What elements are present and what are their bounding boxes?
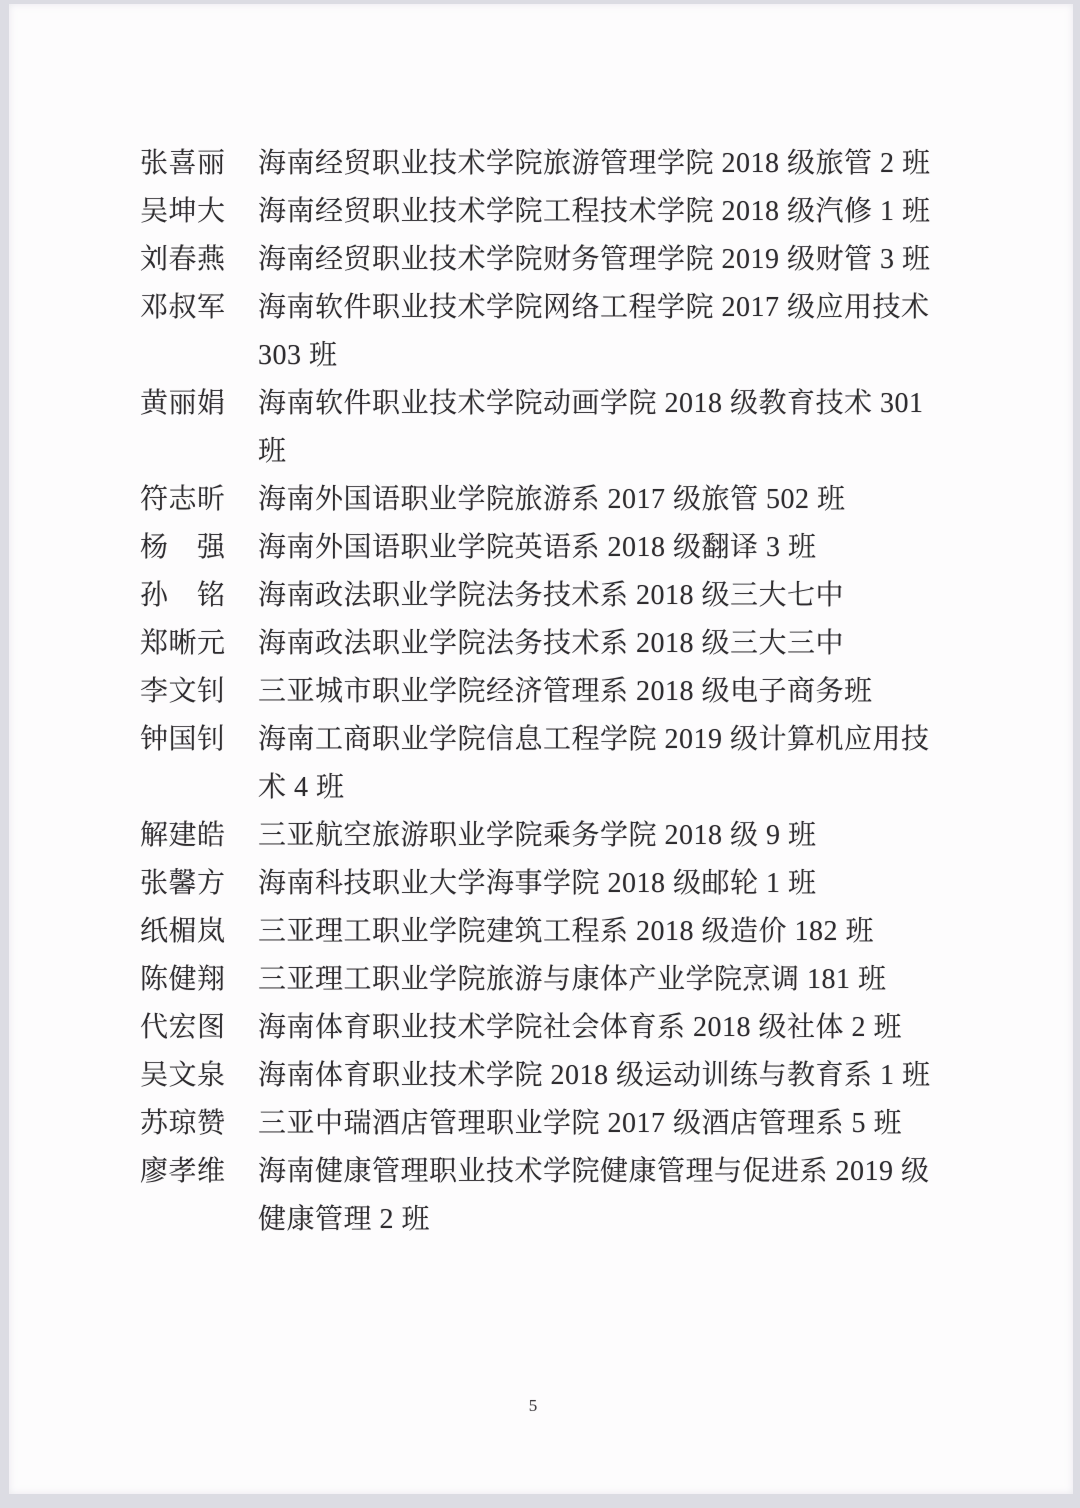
affiliation-line: 三亚中瑞酒店管理职业学院 2017 级酒店管理系 5 班 xyxy=(258,1100,902,1148)
student-affiliation: 海南经贸职业技术学院工程技术学院 2018 级汽修 1 班 xyxy=(258,188,931,236)
student-affiliation: 三亚城市职业学院经济管理系 2018 级电子商务班 xyxy=(258,668,873,716)
affiliation-line: 海南软件职业技术学院网络工程学院 2017 级应用技术 xyxy=(258,284,930,332)
student-affiliation: 海南软件职业技术学院网络工程学院 2017 级应用技术303 班 xyxy=(258,284,930,380)
affiliation-line: 三亚城市职业学院经济管理系 2018 级电子商务班 xyxy=(258,668,873,716)
document-page: 张喜丽海南经贸职业技术学院旅游管理学院 2018 级旅管 2 班吴坤大海南经贸职… xyxy=(9,4,1073,1494)
student-affiliation: 海南经贸职业技术学院财务管理学院 2019 级财管 3 班 xyxy=(258,236,931,284)
roster-row: 吴坤大海南经贸职业技术学院工程技术学院 2018 级汽修 1 班 xyxy=(140,188,1073,236)
affiliation-line: 海南经贸职业技术学院旅游管理学院 2018 级旅管 2 班 xyxy=(258,140,931,188)
roster-row: 代宏图海南体育职业技术学院社会体育系 2018 级社体 2 班 xyxy=(140,1004,1073,1052)
student-affiliation: 海南健康管理职业技术学院健康管理与促进系 2019 级健康管理 2 班 xyxy=(258,1148,930,1244)
student-name: 刘春燕 xyxy=(140,236,234,284)
affiliation-line: 三亚理工职业学院建筑工程系 2018 级造价 182 班 xyxy=(258,908,874,956)
affiliation-line: 海南经贸职业技术学院工程技术学院 2018 级汽修 1 班 xyxy=(258,188,931,236)
student-affiliation: 海南外国语职业学院旅游系 2017 级旅管 502 班 xyxy=(258,476,846,524)
student-name: 钟国钊 xyxy=(140,716,234,764)
student-name: 李文钊 xyxy=(140,668,234,716)
student-affiliation: 三亚航空旅游职业学院乘务学院 2018 级 9 班 xyxy=(258,812,817,860)
student-name: 杨 强 xyxy=(140,524,234,572)
roster-row: 邓叔军海南软件职业技术学院网络工程学院 2017 级应用技术303 班 xyxy=(140,284,1073,380)
student-affiliation: 海南政法职业学院法务技术系 2018 级三大七中 xyxy=(258,572,844,620)
student-name: 符志昕 xyxy=(140,476,234,524)
affiliation-line: 海南健康管理职业技术学院健康管理与促进系 2019 级 xyxy=(258,1148,930,1196)
student-affiliation: 海南经贸职业技术学院旅游管理学院 2018 级旅管 2 班 xyxy=(258,140,931,188)
student-affiliation: 海南政法职业学院法务技术系 2018 级三大三中 xyxy=(258,620,844,668)
student-name: 代宏图 xyxy=(140,1004,234,1052)
student-affiliation: 海南工商职业学院信息工程学院 2019 级计算机应用技术 4 班 xyxy=(258,716,930,812)
roster-row: 纸楣岚三亚理工职业学院建筑工程系 2018 级造价 182 班 xyxy=(140,908,1073,956)
affiliation-line: 海南外国语职业学院英语系 2018 级翻译 3 班 xyxy=(258,524,817,572)
student-affiliation: 海南体育职业技术学院 2018 级运动训练与教育系 1 班 xyxy=(258,1052,931,1100)
affiliation-line: 海南经贸职业技术学院财务管理学院 2019 级财管 3 班 xyxy=(258,236,931,284)
roster-row: 钟国钊海南工商职业学院信息工程学院 2019 级计算机应用技术 4 班 xyxy=(140,716,1073,812)
roster-row: 符志昕海南外国语职业学院旅游系 2017 级旅管 502 班 xyxy=(140,476,1073,524)
affiliation-line: 海南外国语职业学院旅游系 2017 级旅管 502 班 xyxy=(258,476,846,524)
affiliation-line: 海南软件职业技术学院动画学院 2018 级教育技术 301 xyxy=(258,380,924,428)
student-name: 廖孝维 xyxy=(140,1148,234,1196)
affiliation-line: 海南科技职业大学海事学院 2018 级邮轮 1 班 xyxy=(258,860,817,908)
roster-row: 解建皓三亚航空旅游职业学院乘务学院 2018 级 9 班 xyxy=(140,812,1073,860)
affiliation-line: 海南工商职业学院信息工程学院 2019 级计算机应用技 xyxy=(258,716,930,764)
roster-row: 黄丽娟海南软件职业技术学院动画学院 2018 级教育技术 301班 xyxy=(140,380,1073,476)
student-name: 吴坤大 xyxy=(140,188,234,236)
student-affiliation: 三亚理工职业学院建筑工程系 2018 级造价 182 班 xyxy=(258,908,874,956)
student-name: 苏琼赞 xyxy=(140,1100,234,1148)
page-number: 5 xyxy=(9,1396,1057,1416)
student-affiliation: 三亚中瑞酒店管理职业学院 2017 级酒店管理系 5 班 xyxy=(258,1100,902,1148)
student-name: 郑晰元 xyxy=(140,620,234,668)
student-affiliation: 海南外国语职业学院英语系 2018 级翻译 3 班 xyxy=(258,524,817,572)
roster-row: 廖孝维海南健康管理职业技术学院健康管理与促进系 2019 级健康管理 2 班 xyxy=(140,1148,1073,1244)
student-name: 纸楣岚 xyxy=(140,908,234,956)
roster-row: 张馨方海南科技职业大学海事学院 2018 级邮轮 1 班 xyxy=(140,860,1073,908)
student-name: 解建皓 xyxy=(140,812,234,860)
affiliation-line: 海南体育职业技术学院 2018 级运动训练与教育系 1 班 xyxy=(258,1052,931,1100)
roster-row: 刘春燕海南经贸职业技术学院财务管理学院 2019 级财管 3 班 xyxy=(140,236,1073,284)
roster-row: 苏琼赞三亚中瑞酒店管理职业学院 2017 级酒店管理系 5 班 xyxy=(140,1100,1073,1148)
affiliation-line: 海南政法职业学院法务技术系 2018 级三大七中 xyxy=(258,572,844,620)
affiliation-line: 班 xyxy=(258,428,924,476)
affiliation-line: 海南体育职业技术学院社会体育系 2018 级社体 2 班 xyxy=(258,1004,902,1052)
student-affiliation: 海南科技职业大学海事学院 2018 级邮轮 1 班 xyxy=(258,860,817,908)
affiliation-line: 303 班 xyxy=(258,332,930,380)
affiliation-line: 三亚航空旅游职业学院乘务学院 2018 级 9 班 xyxy=(258,812,817,860)
roster-row: 陈健翔三亚理工职业学院旅游与康体产业学院烹调 181 班 xyxy=(140,956,1073,1004)
roster-row: 李文钊三亚城市职业学院经济管理系 2018 级电子商务班 xyxy=(140,668,1073,716)
roster-row: 杨 强海南外国语职业学院英语系 2018 级翻译 3 班 xyxy=(140,524,1073,572)
student-affiliation: 三亚理工职业学院旅游与康体产业学院烹调 181 班 xyxy=(258,956,887,1004)
roster-row: 孙 铭海南政法职业学院法务技术系 2018 级三大七中 xyxy=(140,572,1073,620)
roster-row: 郑晰元海南政法职业学院法务技术系 2018 级三大三中 xyxy=(140,620,1073,668)
student-name: 张馨方 xyxy=(140,860,234,908)
student-roster: 张喜丽海南经贸职业技术学院旅游管理学院 2018 级旅管 2 班吴坤大海南经贸职… xyxy=(9,4,1073,1244)
roster-row: 张喜丽海南经贸职业技术学院旅游管理学院 2018 级旅管 2 班 xyxy=(140,140,1073,188)
student-name: 吴文泉 xyxy=(140,1052,234,1100)
student-name: 张喜丽 xyxy=(140,140,234,188)
student-name: 黄丽娟 xyxy=(140,380,234,428)
student-affiliation: 海南软件职业技术学院动画学院 2018 级教育技术 301班 xyxy=(258,380,924,476)
student-name: 邓叔军 xyxy=(140,284,234,332)
roster-row: 吴文泉海南体育职业技术学院 2018 级运动训练与教育系 1 班 xyxy=(140,1052,1073,1100)
student-name: 陈健翔 xyxy=(140,956,234,1004)
student-affiliation: 海南体育职业技术学院社会体育系 2018 级社体 2 班 xyxy=(258,1004,902,1052)
student-name: 孙 铭 xyxy=(140,572,234,620)
affiliation-line: 术 4 班 xyxy=(258,764,930,812)
affiliation-line: 健康管理 2 班 xyxy=(258,1196,930,1244)
affiliation-line: 三亚理工职业学院旅游与康体产业学院烹调 181 班 xyxy=(258,956,887,1004)
affiliation-line: 海南政法职业学院法务技术系 2018 级三大三中 xyxy=(258,620,844,668)
